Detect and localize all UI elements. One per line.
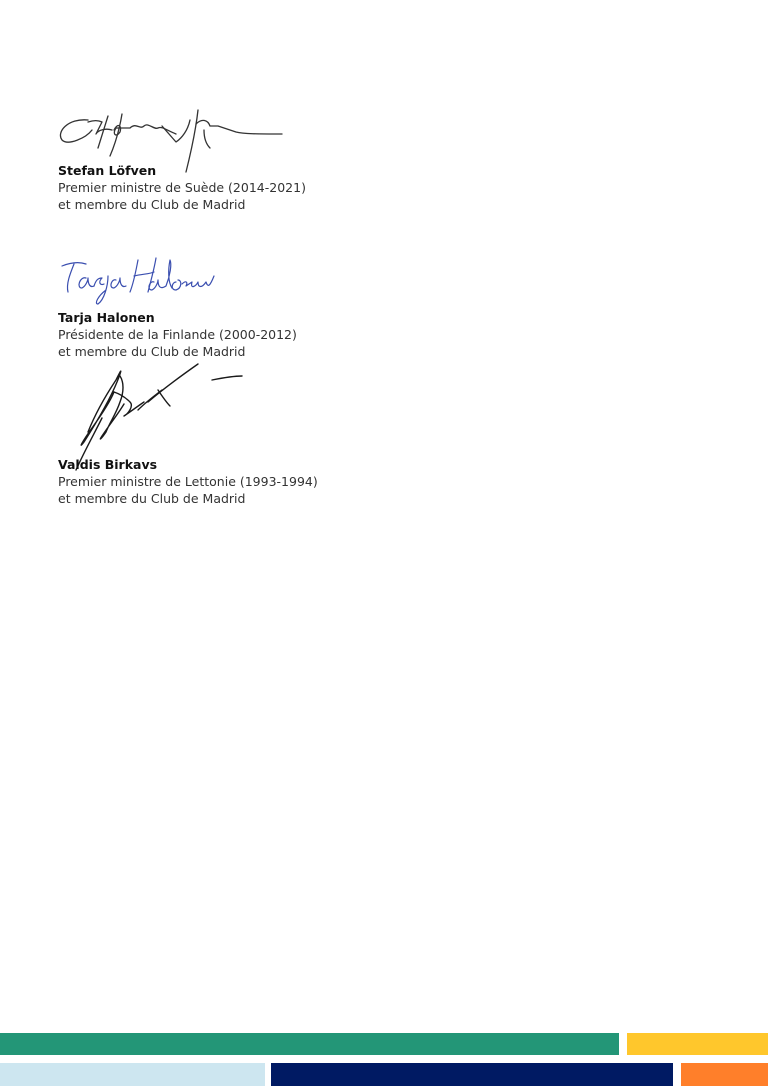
signatory-name: Tarja Halonen <box>58 309 155 326</box>
signatory-role: Premier ministre de Suède (2014-2021) <box>58 179 306 196</box>
signature-birkavs-image <box>58 362 258 470</box>
signatory-name: Stefan Löfven <box>58 162 156 179</box>
footer-bar-green <box>0 1033 619 1055</box>
signatory-membership: et membre du Club de Madrid <box>58 196 245 213</box>
signatory-name: Valdis Birkavs <box>58 456 157 473</box>
footer-bar-light-blue <box>0 1063 265 1086</box>
signatory-role: Premier ministre de Lettonie (1993-1994) <box>58 473 318 490</box>
signatory-membership: et membre du Club de Madrid <box>58 343 245 360</box>
footer-bar-orange <box>681 1063 768 1086</box>
footer-bar-yellow <box>627 1033 768 1055</box>
footer-bar-navy <box>271 1063 673 1086</box>
signatory-membership: et membre du Club de Madrid <box>58 490 245 507</box>
signatory-role: Présidente de la Finlande (2000-2012) <box>58 326 297 343</box>
signature-halonen-image <box>58 256 218 308</box>
